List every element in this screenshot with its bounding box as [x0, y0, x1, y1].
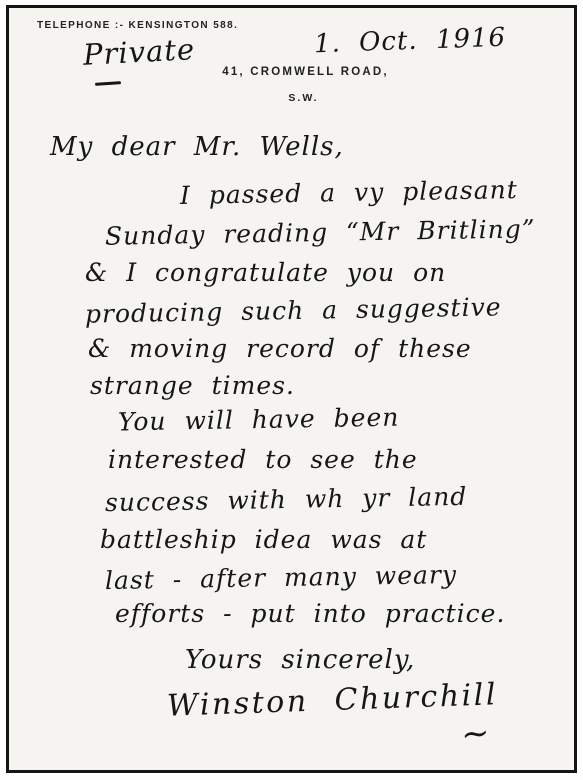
- private-note: Private: [82, 35, 196, 70]
- address-line-1: 41, CROMWELL ROAD,: [9, 66, 574, 78]
- address-line-2: S.W.: [9, 92, 574, 104]
- letter-scan: TELEPHONE :- KENSINGTON 588. Private 1. …: [0, 0, 583, 780]
- letter-date: 1. Oct. 1916: [314, 25, 507, 58]
- letter-line: last - after many weary: [105, 562, 457, 593]
- salutation: My dear Mr. Wells,: [50, 134, 344, 160]
- letter-line: You will have been: [118, 405, 400, 435]
- letter-line: efforts - put into practice.: [115, 601, 505, 626]
- letter-line: & I congratulate you on: [85, 260, 446, 285]
- letter-line: success with wh yr land: [105, 484, 468, 515]
- signature: Winston Churchill: [167, 680, 499, 722]
- letter-paper: TELEPHONE :- KENSINGTON 588. Private 1. …: [9, 8, 574, 770]
- letter-line: Sunday reading “Mr Britling”: [105, 216, 536, 249]
- letter-line: producing such a suggestive: [85, 294, 502, 326]
- letter-line: & moving record of these: [88, 336, 472, 361]
- letter-line: interested to see the: [108, 447, 418, 472]
- letter-line: battleship idea was at: [100, 527, 427, 552]
- letter-line: strange times.: [90, 373, 295, 398]
- valediction: Yours sincerely,: [185, 647, 415, 673]
- letter-line: I passed a vy pleasant: [180, 177, 518, 208]
- telephone-line: TELEPHONE :- KENSINGTON 588.: [37, 20, 238, 31]
- signature-flourish: ~: [459, 713, 492, 756]
- private-underline: [95, 81, 121, 85]
- letter-page: TELEPHONE :- KENSINGTON 588. Private 1. …: [6, 5, 577, 773]
